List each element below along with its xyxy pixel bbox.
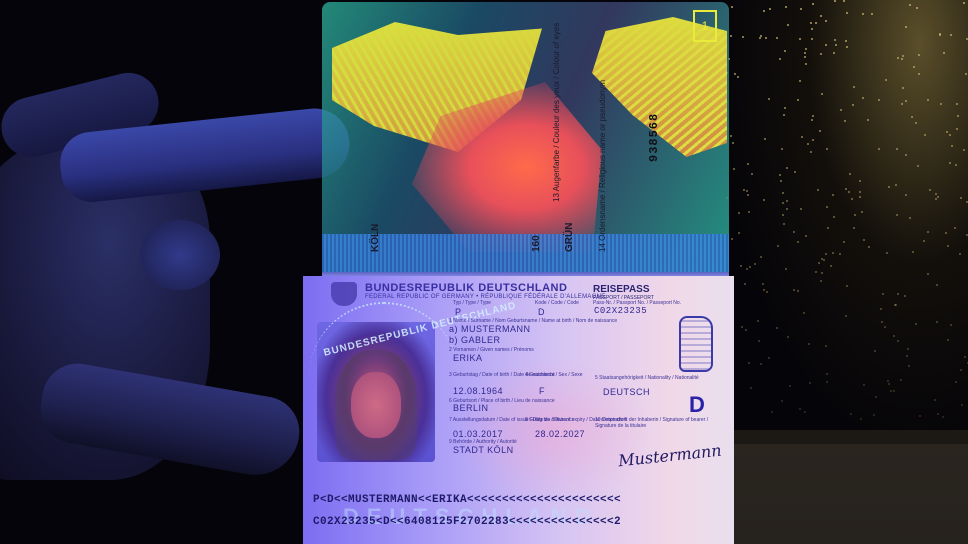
code-label: Kode / Code / Code: [535, 300, 579, 306]
mrz-line-2: C02X23235<D<<6408125F2702283<<<<<<<<<<<<…: [313, 516, 621, 528]
passport-visa-page: 1 KÖLN 160 GRÜN 13 Augenfarbe / Couleur …: [322, 2, 729, 274]
dob-value: 12.08.1964: [453, 386, 503, 396]
height-value: 160: [531, 235, 542, 252]
mrz-line-1: P<D<<MUSTERMANN<<ERIKA<<<<<<<<<<<<<<<<<<…: [313, 494, 621, 506]
authority-value: STADT KÖLN: [453, 445, 514, 455]
guilloche-band: [322, 234, 729, 274]
eagle-coat-of-arms-icon: [331, 282, 357, 306]
signature-label: 10 Unterschrift der Inhaberin / Signatur…: [595, 417, 715, 429]
religious-name-label: 14 Ordensname / Religious name or pseudo…: [598, 80, 607, 252]
surname-value: a) MUSTERMANN: [449, 324, 531, 334]
nationality-value: DEUTSCH: [603, 387, 650, 397]
sex-label: 4 Geschlecht / Sex / Sexe: [525, 372, 583, 378]
residence-value: KÖLN: [370, 224, 381, 252]
issuing-country: BUNDESREPUBLIK DEUTSCHLAND: [365, 282, 567, 294]
passport-data-page: BUNDESREPUBLIK DEUTSCHLAND FEDERAL REPUB…: [303, 276, 734, 544]
window-security-feature: [679, 316, 713, 372]
given-names-value: ERIKA: [453, 353, 483, 363]
document-title: REISEPASS: [593, 284, 650, 295]
type-value: P: [455, 307, 462, 317]
photo-scene: 1 KÖLN 160 GRÜN 13 Augenfarbe / Couleur …: [0, 0, 968, 544]
birth-name-value: b) GABLER: [449, 335, 501, 345]
expiry-date-value: 28.02.2027: [535, 429, 585, 439]
page-number: 1: [693, 10, 717, 42]
eye-colour-label: 13 Augenfarbe / Couleur des yeux / Colou…: [552, 23, 561, 202]
knuckle: [140, 220, 220, 290]
passport-no-value: C02X23235: [594, 306, 647, 316]
type-label: Typ / Type / Type: [453, 300, 491, 306]
table-surface: [725, 430, 968, 544]
country-code-badge: D: [689, 392, 705, 418]
code-value: D: [538, 307, 545, 317]
pob-value: BERLIN: [453, 403, 489, 413]
issue-date-value: 01.03.2017: [453, 429, 503, 439]
serial-number: 938568: [647, 113, 661, 162]
eye-colour-value: GRÜN: [564, 223, 575, 252]
sex-value: F: [539, 386, 545, 396]
nationality-label: 5 Staatsangehörigkeit / Nationality / Na…: [595, 375, 699, 381]
glitter-background: [725, 0, 968, 430]
